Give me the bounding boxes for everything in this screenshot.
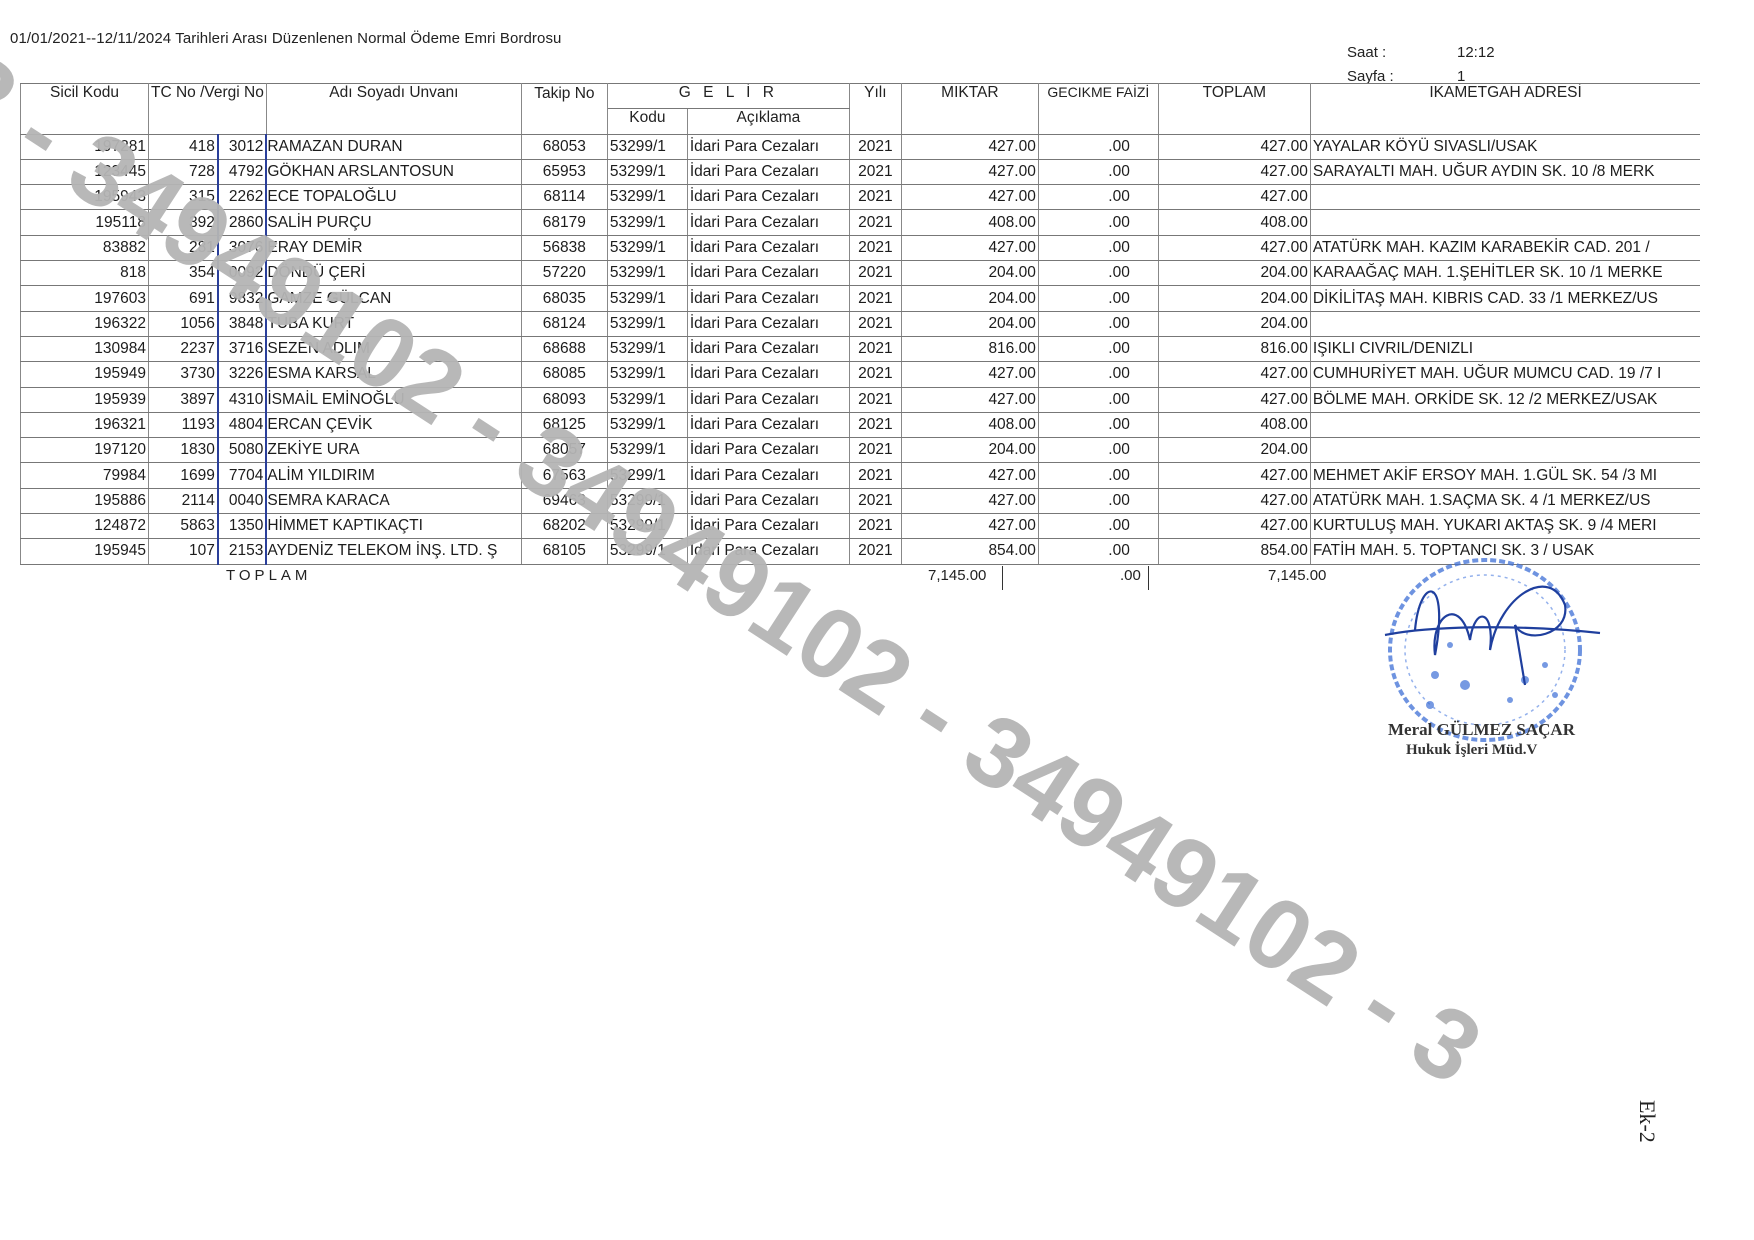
cell-tc: 2114 — [149, 488, 218, 513]
cell-kod: 53299/1 — [607, 463, 687, 488]
cell-tc-tail: 0092 — [218, 261, 266, 286]
cell-adres — [1310, 311, 1700, 336]
cell-faiz: .00 — [1038, 261, 1158, 286]
cell-takip: 68085 — [521, 362, 607, 387]
cell-yil: 2021 — [849, 514, 901, 539]
cell-toplam: 427.00 — [1158, 463, 1310, 488]
totals-faiz: .00 — [1120, 567, 1141, 584]
cell-adres — [1310, 185, 1700, 210]
cell-takip: 68125 — [521, 412, 607, 437]
cell-sicil: 123445 — [21, 159, 149, 184]
cell-aciklama: İdari Para Cezaları — [687, 311, 849, 336]
cell-tc: 1699 — [149, 463, 218, 488]
cell-miktar: 427.00 — [901, 387, 1038, 412]
cell-toplam: 204.00 — [1158, 311, 1310, 336]
cell-aciklama: İdari Para Cezaları — [687, 134, 849, 159]
col-kodu: Kodu — [607, 109, 687, 134]
table-row: 195118 392 2860 SALİH PURÇU 68179 53299/… — [21, 210, 1701, 235]
cell-miktar: 408.00 — [901, 210, 1038, 235]
cell-faiz: .00 — [1038, 362, 1158, 387]
cell-tc-tail: 3076 — [218, 235, 266, 260]
cell-faiz: .00 — [1038, 134, 1158, 159]
cell-kod: 53299/1 — [607, 311, 687, 336]
cell-name: ERCAN ÇEVİK — [266, 412, 521, 437]
totals-toplam: 7,145.00 — [1268, 567, 1326, 584]
cell-adres: KARAAĞAÇ MAH. 1.ŞEHİTLER SK. 10 /1 MERKE — [1310, 261, 1700, 286]
cell-faiz: .00 — [1038, 539, 1158, 564]
cell-yil: 2021 — [849, 463, 901, 488]
col-ikametgah-adresi: IKAMETGAH ADRESİ — [1310, 84, 1700, 135]
cell-toplam: 427.00 — [1158, 514, 1310, 539]
cell-tc: 1056 — [149, 311, 218, 336]
cell-toplam: 816.00 — [1158, 336, 1310, 361]
cell-toplam: 204.00 — [1158, 438, 1310, 463]
cell-adres — [1310, 210, 1700, 235]
cell-toplam: 854.00 — [1158, 539, 1310, 564]
cell-sicil: 130984 — [21, 336, 149, 361]
cell-aciklama: İdari Para Cezaları — [687, 488, 849, 513]
cell-kod: 53299/1 — [607, 261, 687, 286]
cell-miktar: 427.00 — [901, 134, 1038, 159]
totals-divider — [1002, 566, 1003, 590]
cell-tc: 354 — [149, 261, 218, 286]
table-row: 197281 418 3012 RAMAZAN DURAN 68053 5329… — [21, 134, 1701, 159]
table-row: 195943 315 2262 ECE TOPALOĞLU 68114 5329… — [21, 185, 1701, 210]
cell-name: AYDENİZ TELEKOM İNŞ. LTD. Ş — [266, 539, 521, 564]
cell-tc-tail: 7704 — [218, 463, 266, 488]
totals-label: TOPLAM — [226, 567, 311, 584]
signatory-title: Hukuk İşleri Müd.V — [1406, 742, 1537, 759]
cell-tc: 1830 — [149, 438, 218, 463]
signatory-name: Meral GÜLMEZ SAÇAR — [1388, 720, 1575, 740]
cell-toplam: 427.00 — [1158, 362, 1310, 387]
cell-sicil: 195939 — [21, 387, 149, 412]
cell-yil: 2021 — [849, 311, 901, 336]
cell-adres: IŞIKLI CIVRIL/DENIZLI — [1310, 336, 1700, 361]
cell-adres: ATATÜRK MAH. 1.SAÇMA SK. 4 /1 MERKEZ/US — [1310, 488, 1700, 513]
cell-kod: 53299/1 — [607, 362, 687, 387]
cell-yil: 2021 — [849, 235, 901, 260]
cell-faiz: .00 — [1038, 235, 1158, 260]
cell-sicil: 197281 — [21, 134, 149, 159]
cell-faiz: .00 — [1038, 185, 1158, 210]
cell-kod: 53299/1 — [607, 514, 687, 539]
table-row: 83882 281 3076 ERAY DEMİR 56838 53299/1 … — [21, 235, 1701, 260]
time-field: Saat :12:12 — [1347, 44, 1495, 61]
totals-divider — [1148, 566, 1149, 590]
cell-tc: 5863 — [149, 514, 218, 539]
cell-tc: 1193 — [149, 412, 218, 437]
cell-faiz: .00 — [1038, 387, 1158, 412]
cell-yil: 2021 — [849, 261, 901, 286]
table-row: 79984 1699 7704 ALİM YILDIRIM 67563 5329… — [21, 463, 1701, 488]
col-takip-no: Takip No — [521, 84, 607, 135]
cell-toplam: 204.00 — [1158, 286, 1310, 311]
table-row: 195949 3730 3226 ESMA KARSAL 68085 53299… — [21, 362, 1701, 387]
table-row: 123445 728 4792 GÖKHAN ARSLANTOSUN 65953… — [21, 159, 1701, 184]
cell-sicil: 195945 — [21, 539, 149, 564]
cell-name: DÖNDÜ ÇERİ — [266, 261, 521, 286]
cell-faiz: .00 — [1038, 488, 1158, 513]
cell-aciklama: İdari Para Cezaları — [687, 362, 849, 387]
cell-takip: 68202 — [521, 514, 607, 539]
cell-faiz: .00 — [1038, 159, 1158, 184]
cell-aciklama: İdari Para Cezaları — [687, 286, 849, 311]
cell-tc: 315 — [149, 185, 218, 210]
cell-sicil: 195943 — [21, 185, 149, 210]
cell-kod: 53299/1 — [607, 235, 687, 260]
cell-sicil: 124872 — [21, 514, 149, 539]
cell-tc-tail: 4804 — [218, 412, 266, 437]
cell-miktar: 427.00 — [901, 185, 1038, 210]
cell-kod: 53299/1 — [607, 134, 687, 159]
cell-tc: 418 — [149, 134, 218, 159]
cell-toplam: 427.00 — [1158, 387, 1310, 412]
cell-yil: 2021 — [849, 438, 901, 463]
cell-miktar: 204.00 — [901, 286, 1038, 311]
cell-takip: 68105 — [521, 539, 607, 564]
cell-toplam: 204.00 — [1158, 261, 1310, 286]
cell-toplam: 427.00 — [1158, 159, 1310, 184]
cell-tc-tail: 3012 — [218, 134, 266, 159]
cell-aciklama: İdari Para Cezaları — [687, 387, 849, 412]
cell-takip: 68688 — [521, 336, 607, 361]
time-label: Saat : — [1347, 44, 1457, 61]
cell-yil: 2021 — [849, 159, 901, 184]
table-row: 196321 1193 4804 ERCAN ÇEVİK 68125 53299… — [21, 412, 1701, 437]
cell-name: HİMMET KAPTIKAÇTI — [266, 514, 521, 539]
cell-sicil: 197120 — [21, 438, 149, 463]
cell-miktar: 816.00 — [901, 336, 1038, 361]
cell-aciklama: İdari Para Cezaları — [687, 210, 849, 235]
cell-adres: MEHMET AKİF ERSOY MAH. 1.GÜL SK. 54 /3 M… — [1310, 463, 1700, 488]
cell-toplam: 408.00 — [1158, 412, 1310, 437]
time-value: 12:12 — [1457, 44, 1495, 61]
cell-name: ALİM YILDIRIM — [266, 463, 521, 488]
cell-sicil: 195949 — [21, 362, 149, 387]
cell-miktar: 204.00 — [901, 438, 1038, 463]
cell-toplam: 427.00 — [1158, 185, 1310, 210]
cell-kod: 53299/1 — [607, 159, 687, 184]
cell-takip: 68124 — [521, 311, 607, 336]
cell-takip: 68057 — [521, 438, 607, 463]
table-row: 196322 1056 3848 TUBA KURT 68124 53299/1… — [21, 311, 1701, 336]
cell-adres: YAYALAR KÖYÜ SIVASLI/USAK — [1310, 134, 1700, 159]
cell-miktar: 427.00 — [901, 463, 1038, 488]
col-aciklama: Açıklama — [687, 109, 849, 134]
cell-sicil: 196321 — [21, 412, 149, 437]
col-gelir: G E L İ R — [607, 84, 849, 109]
cell-tc: 392 — [149, 210, 218, 235]
cell-tc: 281 — [149, 235, 218, 260]
cell-miktar: 427.00 — [901, 488, 1038, 513]
annex-label: Ek-2 — [1634, 1100, 1660, 1143]
cell-tc-tail: 3716 — [218, 336, 266, 361]
cell-toplam: 427.00 — [1158, 235, 1310, 260]
table-row: 130984 2237 3716 SEZEN ADLIM 68688 53299… — [21, 336, 1701, 361]
table-row: 124872 5863 1350 HİMMET KAPTIKAÇTI 68202… — [21, 514, 1701, 539]
cell-faiz: .00 — [1038, 210, 1158, 235]
cell-kod: 53299/1 — [607, 539, 687, 564]
cell-kod: 53299/1 — [607, 488, 687, 513]
cell-aciklama: İdari Para Cezaları — [687, 185, 849, 210]
cell-takip: 68093 — [521, 387, 607, 412]
cell-tc-tail: 2153 — [218, 539, 266, 564]
cell-takip: 69463 — [521, 488, 607, 513]
cell-name: SEMRA KARACA — [266, 488, 521, 513]
cell-adres: KURTULUŞ MAH. YUKARI AKTAŞ SK. 9 /4 MERI — [1310, 514, 1700, 539]
payment-order-table: Sicil Kodu TC No /Vergi No Adı Soyadı Un… — [20, 83, 1700, 565]
cell-tc: 2237 — [149, 336, 218, 361]
cell-tc: 728 — [149, 159, 218, 184]
cell-name: ECE TOPALOĞLU — [266, 185, 521, 210]
col-adi-soyadi: Adı Soyadı Unvanı — [266, 84, 521, 135]
cell-kod: 53299/1 — [607, 336, 687, 361]
cell-name: ERAY DEMİR — [266, 235, 521, 260]
cell-faiz: .00 — [1038, 286, 1158, 311]
cell-miktar: 427.00 — [901, 235, 1038, 260]
cell-adres: SARAYALTI MAH. UĞUR AYDIN SK. 10 /8 MERK — [1310, 159, 1700, 184]
cell-faiz: .00 — [1038, 438, 1158, 463]
col-sicil-kodu: Sicil Kodu — [21, 84, 149, 135]
table-row: 197603 691 9832 GAMZE GÜLCAN 68035 53299… — [21, 286, 1701, 311]
cell-sicil: 195886 — [21, 488, 149, 513]
cell-aciklama: İdari Para Cezaları — [687, 235, 849, 260]
cell-miktar: 204.00 — [901, 261, 1038, 286]
col-tc-no: TC No /Vergi No — [149, 84, 267, 135]
cell-name: GÖKHAN ARSLANTOSUN — [266, 159, 521, 184]
table-row: 195939 3897 4310 İSMAİL EMİNOĞLU 68093 5… — [21, 387, 1701, 412]
cell-takip: 67563 — [521, 463, 607, 488]
cell-faiz: .00 — [1038, 463, 1158, 488]
cell-tc-tail: 2262 — [218, 185, 266, 210]
table-row: 818 354 0092 DÖNDÜ ÇERİ 57220 53299/1 İd… — [21, 261, 1701, 286]
col-gecikme-faizi: GECIKME FAİZİ — [1038, 84, 1158, 135]
table-row: 197120 1830 5080 ZEKİYE URA 68057 53299/… — [21, 438, 1701, 463]
cell-tc-tail: 2860 — [218, 210, 266, 235]
cell-adres — [1310, 412, 1700, 437]
cell-name: ZEKİYE URA — [266, 438, 521, 463]
cell-takip: 68035 — [521, 286, 607, 311]
cell-tc-tail: 0040 — [218, 488, 266, 513]
cell-takip: 56838 — [521, 235, 607, 260]
cell-miktar: 854.00 — [901, 539, 1038, 564]
cell-tc: 3730 — [149, 362, 218, 387]
cell-tc-tail: 4792 — [218, 159, 266, 184]
cell-name: İSMAİL EMİNOĞLU — [266, 387, 521, 412]
cell-tc-tail: 3226 — [218, 362, 266, 387]
cell-aciklama: İdari Para Cezaları — [687, 438, 849, 463]
cell-yil: 2021 — [849, 387, 901, 412]
cell-tc-tail: 3848 — [218, 311, 266, 336]
cell-yil: 2021 — [849, 185, 901, 210]
cell-miktar: 427.00 — [901, 159, 1038, 184]
cell-miktar: 408.00 — [901, 412, 1038, 437]
cell-aciklama: İdari Para Cezaları — [687, 336, 849, 361]
cell-tc-tail: 5080 — [218, 438, 266, 463]
cell-toplam: 427.00 — [1158, 488, 1310, 513]
cell-faiz: .00 — [1038, 311, 1158, 336]
cell-toplam: 427.00 — [1158, 134, 1310, 159]
cell-yil: 2021 — [849, 539, 901, 564]
cell-yil: 2021 — [849, 362, 901, 387]
cell-aciklama: İdari Para Cezaları — [687, 514, 849, 539]
cell-takip: 68114 — [521, 185, 607, 210]
cell-faiz: .00 — [1038, 336, 1158, 361]
cell-tc-tail: 1350 — [218, 514, 266, 539]
cell-sicil: 83882 — [21, 235, 149, 260]
cell-miktar: 427.00 — [901, 514, 1038, 539]
cell-name: SALİH PURÇU — [266, 210, 521, 235]
cell-kod: 53299/1 — [607, 387, 687, 412]
cell-kod: 53299/1 — [607, 210, 687, 235]
cell-aciklama: İdari Para Cezaları — [687, 463, 849, 488]
cell-aciklama: İdari Para Cezaları — [687, 261, 849, 286]
cell-tc-tail: 9832 — [218, 286, 266, 311]
cell-yil: 2021 — [849, 412, 901, 437]
cell-adres: BÖLME MAH. ORKİDE SK. 12 /2 MERKEZ/USAK — [1310, 387, 1700, 412]
cell-kod: 53299/1 — [607, 412, 687, 437]
cell-toplam: 408.00 — [1158, 210, 1310, 235]
cell-takip: 57220 — [521, 261, 607, 286]
cell-tc: 107 — [149, 539, 218, 564]
cell-yil: 2021 — [849, 488, 901, 513]
report-title: 01/01/2021--12/11/2024 Tarihleri Arası D… — [10, 30, 562, 47]
cell-name: RAMAZAN DURAN — [266, 134, 521, 159]
cell-name: SEZEN ADLIM — [266, 336, 521, 361]
cell-tc: 3897 — [149, 387, 218, 412]
cell-yil: 2021 — [849, 210, 901, 235]
cell-tc-tail: 4310 — [218, 387, 266, 412]
cell-faiz: .00 — [1038, 514, 1158, 539]
cell-adres — [1310, 438, 1700, 463]
col-toplam: TOPLAM — [1158, 84, 1310, 135]
cell-sicil: 196322 — [21, 311, 149, 336]
cell-takip: 68179 — [521, 210, 607, 235]
cell-sicil: 195118 — [21, 210, 149, 235]
cell-sicil: 197603 — [21, 286, 149, 311]
cell-kod: 53299/1 — [607, 438, 687, 463]
header-row-1: Sicil Kodu TC No /Vergi No Adı Soyadı Un… — [21, 84, 1701, 109]
col-yili: Yılı — [849, 84, 901, 135]
table-row: 195886 2114 0040 SEMRA KARACA 69463 5329… — [21, 488, 1701, 513]
cell-yil: 2021 — [849, 134, 901, 159]
cell-aciklama: İdari Para Cezaları — [687, 159, 849, 184]
cell-faiz: .00 — [1038, 412, 1158, 437]
cell-kod: 53299/1 — [607, 286, 687, 311]
totals-miktar: 7,145.00 — [928, 567, 986, 584]
cell-aciklama: İdari Para Cezaları — [687, 412, 849, 437]
cell-adres: CUMHURİYET MAH. UĞUR MUMCU CAD. 19 /7 I — [1310, 362, 1700, 387]
cell-sicil: 79984 — [21, 463, 149, 488]
cell-miktar: 427.00 — [901, 362, 1038, 387]
cell-name: GAMZE GÜLCAN — [266, 286, 521, 311]
cell-adres: DİKİLİTAŞ MAH. KIBRIS CAD. 33 /1 MERKEZ/… — [1310, 286, 1700, 311]
cell-tc: 691 — [149, 286, 218, 311]
cell-miktar: 204.00 — [901, 311, 1038, 336]
cell-yil: 2021 — [849, 286, 901, 311]
cell-aciklama: İdari Para Cezaları — [687, 539, 849, 564]
cell-name: ESMA KARSAL — [266, 362, 521, 387]
cell-takip: 65953 — [521, 159, 607, 184]
cell-adres: ATATÜRK MAH. KAZIM KARABEKİR CAD. 201 / — [1310, 235, 1700, 260]
col-miktar: MIKTAR — [901, 84, 1038, 135]
cell-yil: 2021 — [849, 336, 901, 361]
cell-sicil: 818 — [21, 261, 149, 286]
cell-name: TUBA KURT — [266, 311, 521, 336]
cell-kod: 53299/1 — [607, 185, 687, 210]
cell-takip: 68053 — [521, 134, 607, 159]
